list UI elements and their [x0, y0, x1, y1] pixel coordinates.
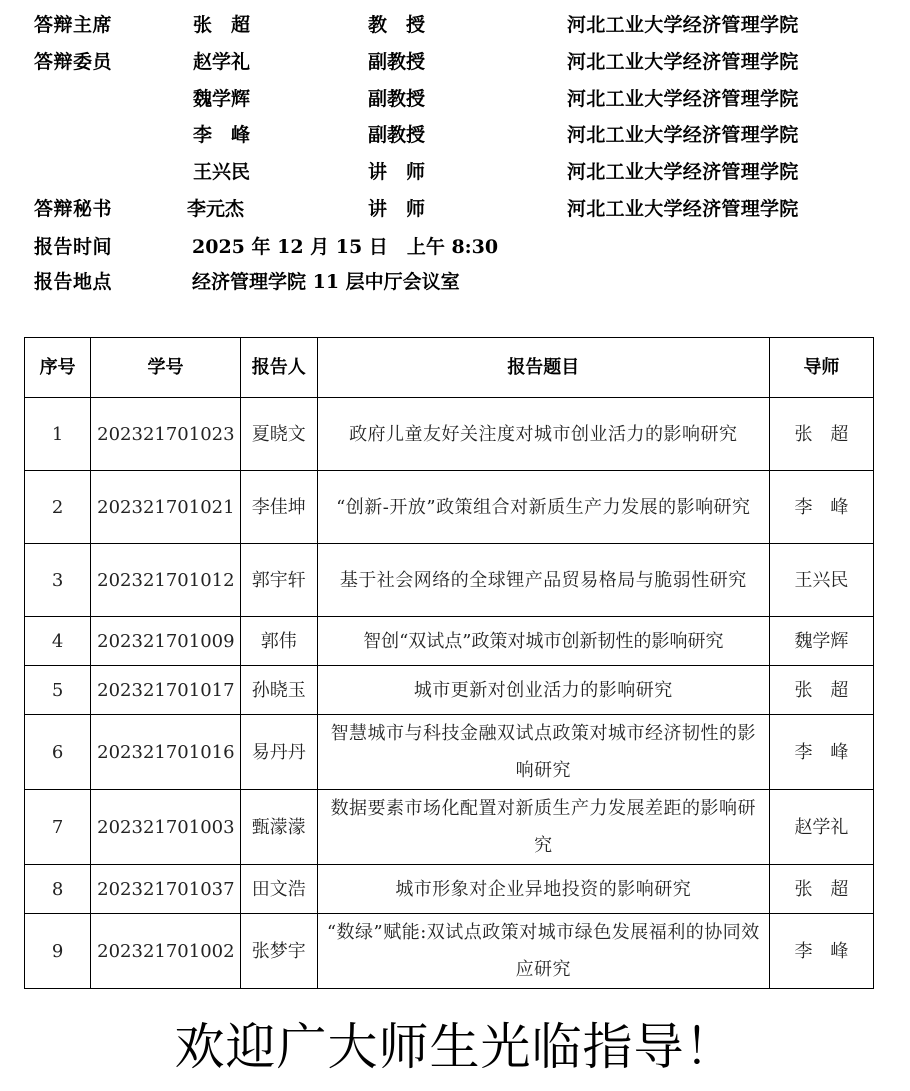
cell-advisor: 李 峰 [769, 715, 873, 790]
cell-topic: “创新-开放”政策组合对新质生产力发展的影响研究 [317, 471, 769, 544]
table-header-row: 序号 学号 报告人 报告题目 导师 [25, 338, 874, 398]
cell-topic: 基于社会网络的全球锂产品贸易格局与脆弱性研究 [317, 544, 769, 617]
committee-row: 答辩秘书 李元杰 讲 师 河北工业大学经济管理学院 [0, 195, 910, 223]
table-row: 9 202321701002 张梦宇 “数绿”赋能:双试点政策对城市绿色发展福利… [25, 914, 874, 989]
table-row: 7 202321701003 甄濛濛 数据要素市场化配置对新质生产力发展差距的影… [25, 790, 874, 865]
cell-reporter: 张梦宇 [240, 914, 317, 989]
committee-row: 答辩委员 赵学礼 副教授 河北工业大学经济管理学院 [0, 48, 910, 76]
cell-advisor: 魏学辉 [769, 617, 873, 666]
cell-advisor: 王兴民 [769, 544, 873, 617]
schedule-table: 序号 学号 报告人 报告题目 导师 1 202321701023 夏晓文 政府儿… [24, 337, 874, 989]
cell-seq: 3 [25, 544, 91, 617]
cell-reporter: 李佳坤 [240, 471, 317, 544]
cell-reporter: 郭宇轩 [240, 544, 317, 617]
committee-row: 答辩主席 张 超 教 授 河北工业大学经济管理学院 [0, 11, 910, 39]
role-label: 答辩主席 [34, 11, 112, 39]
member-title: 讲 师 [368, 158, 425, 186]
table-row: 8 202321701037 田文浩 城市形象对企业异地投资的影响研究 张 超 [25, 865, 874, 914]
role-label: 答辩委员 [34, 48, 112, 76]
cell-student-id: 202321701002 [91, 914, 241, 989]
cell-advisor: 李 峰 [769, 914, 873, 989]
cell-seq: 5 [25, 666, 91, 715]
cell-topic: 政府儿童友好关注度对城市创业活力的影响研究 [317, 398, 769, 471]
member-org: 河北工业大学经济管理学院 [567, 158, 799, 186]
table-row: 5 202321701017 孙晓玉 城市更新对创业活力的影响研究 张 超 [25, 666, 874, 715]
member-title: 副教授 [368, 85, 425, 113]
header-advisor: 导师 [769, 338, 873, 398]
header-student-id: 学号 [91, 338, 241, 398]
header-topic: 报告题目 [317, 338, 769, 398]
committee-row: 李 峰 副教授 河北工业大学经济管理学院 [0, 121, 910, 149]
cell-seq: 2 [25, 471, 91, 544]
report-place-label: 报告地点 [34, 268, 112, 296]
member-org: 河北工业大学经济管理学院 [567, 85, 799, 113]
report-time-label: 报告时间 [34, 233, 112, 261]
cell-topic: “数绿”赋能:双试点政策对城市绿色发展福利的协同效应研究 [317, 914, 769, 989]
cell-topic: 智慧城市与科技金融双试点政策对城市经济韧性的影响研究 [317, 715, 769, 790]
cell-topic: 城市形象对企业异地投资的影响研究 [317, 865, 769, 914]
cell-reporter: 易丹丹 [240, 715, 317, 790]
table-row: 6 202321701016 易丹丹 智慧城市与科技金融双试点政策对城市经济韧性… [25, 715, 874, 790]
cell-topic: 智创“双试点”政策对城市创新韧性的影响研究 [317, 617, 769, 666]
cell-reporter: 夏晓文 [240, 398, 317, 471]
welcome-banner: 欢迎广大师生光临指导！ [0, 1012, 910, 1082]
committee-row: 魏学辉 副教授 河北工业大学经济管理学院 [0, 85, 910, 113]
cell-student-id: 202321701021 [91, 471, 241, 544]
member-org: 河北工业大学经济管理学院 [567, 11, 799, 39]
cell-seq: 1 [25, 398, 91, 471]
cell-seq: 4 [25, 617, 91, 666]
cell-reporter: 郭伟 [240, 617, 317, 666]
cell-seq: 9 [25, 914, 91, 989]
member-title: 讲 师 [368, 195, 425, 223]
cell-advisor: 李 峰 [769, 471, 873, 544]
cell-reporter: 孙晓玉 [240, 666, 317, 715]
report-place-row: 报告地点 经济管理学院 11 层中厅会议室 [0, 268, 910, 296]
report-time-value: 2025 年 12 月 15 日 上午 8:30 [192, 233, 498, 261]
cell-student-id: 202321701016 [91, 715, 241, 790]
member-title: 副教授 [368, 121, 425, 149]
cell-advisor: 张 超 [769, 398, 873, 471]
role-label: 答辩秘书 [34, 195, 112, 223]
cell-seq: 7 [25, 790, 91, 865]
cell-student-id: 202321701012 [91, 544, 241, 617]
cell-topic: 数据要素市场化配置对新质生产力发展差距的影响研究 [317, 790, 769, 865]
cell-student-id: 202321701003 [91, 790, 241, 865]
cell-reporter: 甄濛濛 [240, 790, 317, 865]
cell-student-id: 202321701017 [91, 666, 241, 715]
member-name: 李元杰 [187, 195, 244, 223]
table-row: 1 202321701023 夏晓文 政府儿童友好关注度对城市创业活力的影响研究… [25, 398, 874, 471]
committee-row: 王兴民 讲 师 河北工业大学经济管理学院 [0, 158, 910, 186]
cell-advisor: 赵学礼 [769, 790, 873, 865]
table-row: 4 202321701009 郭伟 智创“双试点”政策对城市创新韧性的影响研究 … [25, 617, 874, 666]
cell-advisor: 张 超 [769, 865, 873, 914]
member-title: 教 授 [368, 11, 425, 39]
table-row: 2 202321701021 李佳坤 “创新-开放”政策组合对新质生产力发展的影… [25, 471, 874, 544]
header-seq: 序号 [25, 338, 91, 398]
cell-seq: 8 [25, 865, 91, 914]
cell-advisor: 张 超 [769, 666, 873, 715]
header-reporter: 报告人 [240, 338, 317, 398]
member-org: 河北工业大学经济管理学院 [567, 121, 799, 149]
cell-student-id: 202321701009 [91, 617, 241, 666]
cell-seq: 6 [25, 715, 91, 790]
report-time-row: 报告时间 2025 年 12 月 15 日 上午 8:30 [0, 233, 910, 261]
cell-student-id: 202321701037 [91, 865, 241, 914]
cell-student-id: 202321701023 [91, 398, 241, 471]
member-name: 魏学辉 [193, 85, 250, 113]
report-place-value: 经济管理学院 11 层中厅会议室 [192, 268, 460, 296]
member-name: 王兴民 [193, 158, 250, 186]
table-row: 3 202321701012 郭宇轩 基于社会网络的全球锂产品贸易格局与脆弱性研… [25, 544, 874, 617]
member-name: 李 峰 [193, 121, 250, 149]
member-name: 赵学礼 [193, 48, 250, 76]
cell-topic: 城市更新对创业活力的影响研究 [317, 666, 769, 715]
member-org: 河北工业大学经济管理学院 [567, 48, 799, 76]
cell-reporter: 田文浩 [240, 865, 317, 914]
member-org: 河北工业大学经济管理学院 [567, 195, 799, 223]
member-name: 张 超 [193, 11, 250, 39]
member-title: 副教授 [368, 48, 425, 76]
